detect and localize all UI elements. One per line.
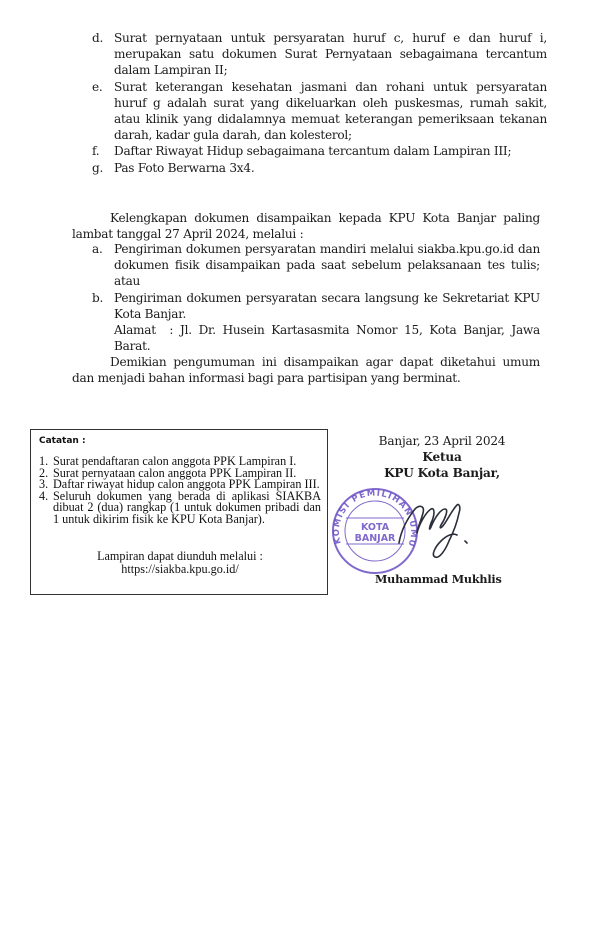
note-item: 4. Seluruh dokumen yang berada di aplika… — [39, 491, 321, 526]
list-marker: f. — [92, 143, 99, 159]
list-marker: g. — [92, 160, 103, 176]
download-info: Lampiran dapat diunduh melalui : https:/… — [31, 550, 329, 576]
list-item: d. Surat pernyataan untuk persyaratan hu… — [92, 30, 547, 79]
list-item-text: Surat pernyataan untuk persyaratan huruf… — [114, 31, 547, 77]
note-list: 1. Surat pendaftaran calon anggota PPK L… — [39, 456, 321, 526]
handwritten-signature-icon — [395, 497, 475, 572]
note-box: Catatan : 1. Surat pendaftaran calon ang… — [30, 429, 328, 595]
list-item: g. Pas Foto Berwarna 3x4. — [92, 160, 547, 176]
note-item-text: Seluruh dokumen yang berada di aplikasi … — [53, 489, 321, 526]
stamp-line2: BANJAR — [355, 533, 396, 544]
list-item: b. Pengiriman dokumen persyaratan secara… — [92, 290, 540, 355]
list-item: a. Pengiriman dokumen persyaratan mandir… — [92, 241, 540, 290]
list-item-text: Surat keterangan kesehatan jasmani dan r… — [114, 80, 547, 143]
submission-methods: a. Pengiriman dokumen persyaratan mandir… — [92, 241, 540, 354]
list-marker: b. — [92, 290, 103, 306]
submission-intro-text: Kelengkapan dokumen disampaikan kepada K… — [72, 210, 540, 242]
list-marker: e. — [92, 79, 103, 95]
signature-block: Banjar, 23 April 2024 Ketua KPU Kota Ban… — [352, 433, 532, 481]
list-marker: a. — [92, 241, 103, 257]
stamp-line1: KOTA — [361, 522, 390, 533]
list-item-text: Daftar Riwayat Hidup sebagaimana tercant… — [114, 144, 511, 158]
list-item: e. Surat keterangan kesehatan jasmani da… — [92, 79, 547, 144]
signer-position: Ketua — [352, 449, 532, 465]
note-marker: 4. — [39, 491, 48, 503]
list-item-text: Pas Foto Berwarna 3x4. — [114, 161, 254, 175]
submission-intro: Kelengkapan dokumen disampaikan kepada K… — [72, 210, 540, 242]
signer-institution: KPU Kota Banjar, — [352, 465, 532, 481]
place-date: Banjar, 23 April 2024 — [352, 433, 532, 449]
signer-name: Muhammad Mukhlis — [375, 572, 502, 586]
list-marker: d. — [92, 30, 103, 46]
list-item: f. Daftar Riwayat Hidup sebagaimana terc… — [92, 143, 547, 159]
list-item-text: Pengiriman dokumen persyaratan mandiri m… — [114, 242, 540, 288]
requirements-list: d. Surat pernyataan untuk persyaratan hu… — [92, 30, 547, 176]
document-page: d. Surat pernyataan untuk persyaratan hu… — [0, 0, 612, 936]
closing-paragraph: Demikian pengumuman ini disampaikan agar… — [72, 354, 540, 386]
download-link[interactable]: https://siakba.kpu.go.id/ — [31, 563, 329, 576]
note-title: Catatan : — [39, 436, 86, 446]
list-item-text: Pengiriman dokumen persyaratan secara la… — [114, 290, 540, 322]
address-text: Alamat : Jl. Dr. Husein Kartasasmita Nom… — [114, 322, 540, 354]
